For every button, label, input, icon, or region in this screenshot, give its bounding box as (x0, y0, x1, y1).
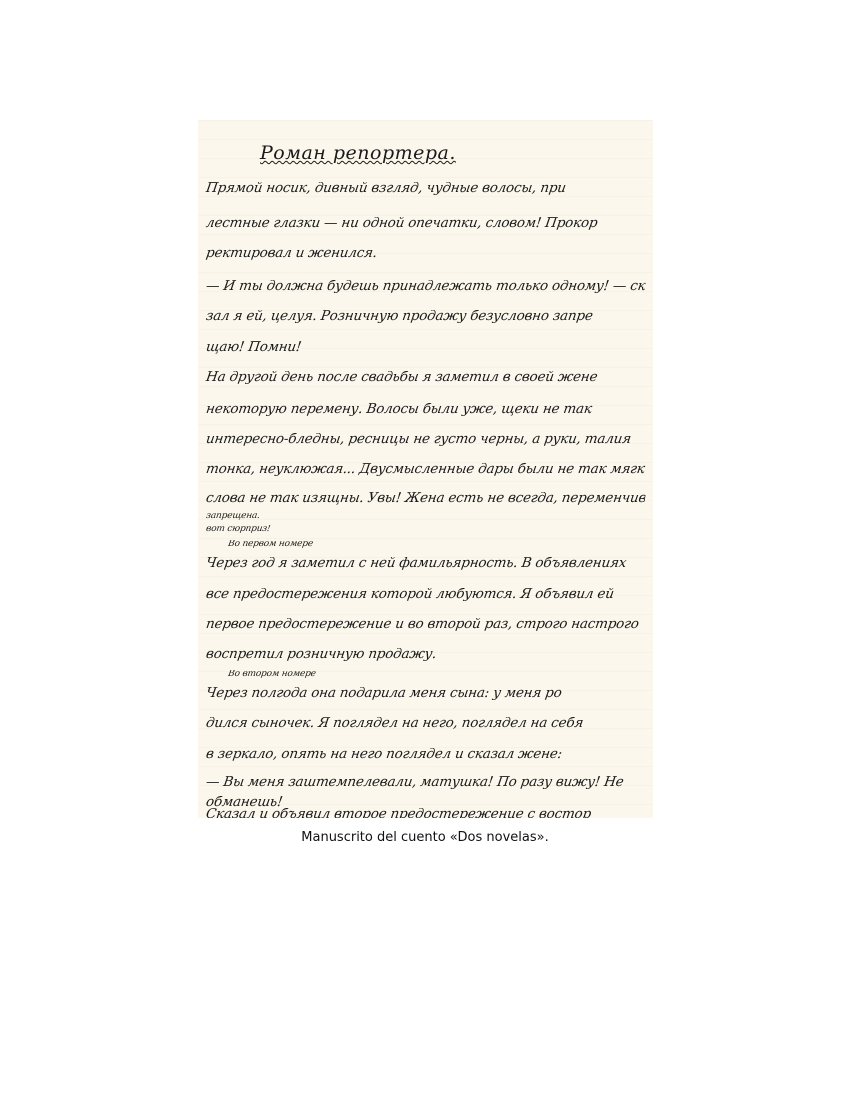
manuscript-insertion: Во первом номере (227, 540, 645, 549)
manuscript-line: тонка, неуклюжая... Двусмысленные дары б… (205, 463, 646, 477)
manuscript-line: дился сыночек. Я поглядел на него, погля… (205, 717, 646, 731)
manuscript-line: щаю! Помни! (205, 341, 646, 355)
manuscript-line: некоторую перемену. Волосы были уже, щек… (205, 403, 646, 417)
manuscript-line: в зеркало, опять на него поглядел и сказ… (205, 748, 646, 762)
handwritten-text: Роман репортера. Прямой носик, дивный вз… (198, 120, 653, 818)
figure-caption: Manuscrito del cuento «Dos novelas». (0, 830, 850, 845)
manuscript-line: слова не так изящны. Увы! Жена есть не в… (205, 492, 646, 506)
manuscript-image: Роман репортера. Прямой носик, дивный вз… (198, 120, 653, 818)
manuscript-line: воспретил розничную продажу. (205, 648, 646, 662)
manuscript-line: интересно-бледны, ресницы не густо черны… (205, 433, 646, 447)
manuscript-title: Роман репортера. (260, 142, 456, 164)
manuscript-line: Сказал и объявил второе предостережение … (205, 808, 646, 818)
manuscript-line: первое предостережение и во второй раз, … (205, 618, 646, 632)
manuscript-line: зал я ей, целуя. Розничную продажу безус… (205, 310, 646, 324)
manuscript-line: ректировал и женился. (205, 247, 646, 261)
manuscript-line: На другой день после свадьбы я заметил в… (205, 371, 646, 385)
manuscript-line: Прямой носик, дивный взгляд, чудные воло… (205, 182, 646, 196)
manuscript-line: Через год я заметил с ней фамильярность.… (205, 557, 646, 571)
manuscript-line: запрещена. (205, 512, 645, 521)
manuscript-line: все предостережения которой любуются. Я … (205, 588, 646, 602)
manuscript-insertion: Во втором номере (227, 670, 645, 679)
manuscript-line: вот сюрприз! (205, 525, 645, 534)
manuscript-line: — Вы меня заштемпелевали, матушка! По ра… (205, 776, 646, 790)
manuscript-line: — И ты должна будешь принадлежать только… (205, 280, 646, 294)
manuscript-line: Через полгода она подарила меня сына: у … (205, 687, 646, 701)
manuscript-line: лестные глазки — ни одной опечатки, слов… (205, 217, 646, 231)
